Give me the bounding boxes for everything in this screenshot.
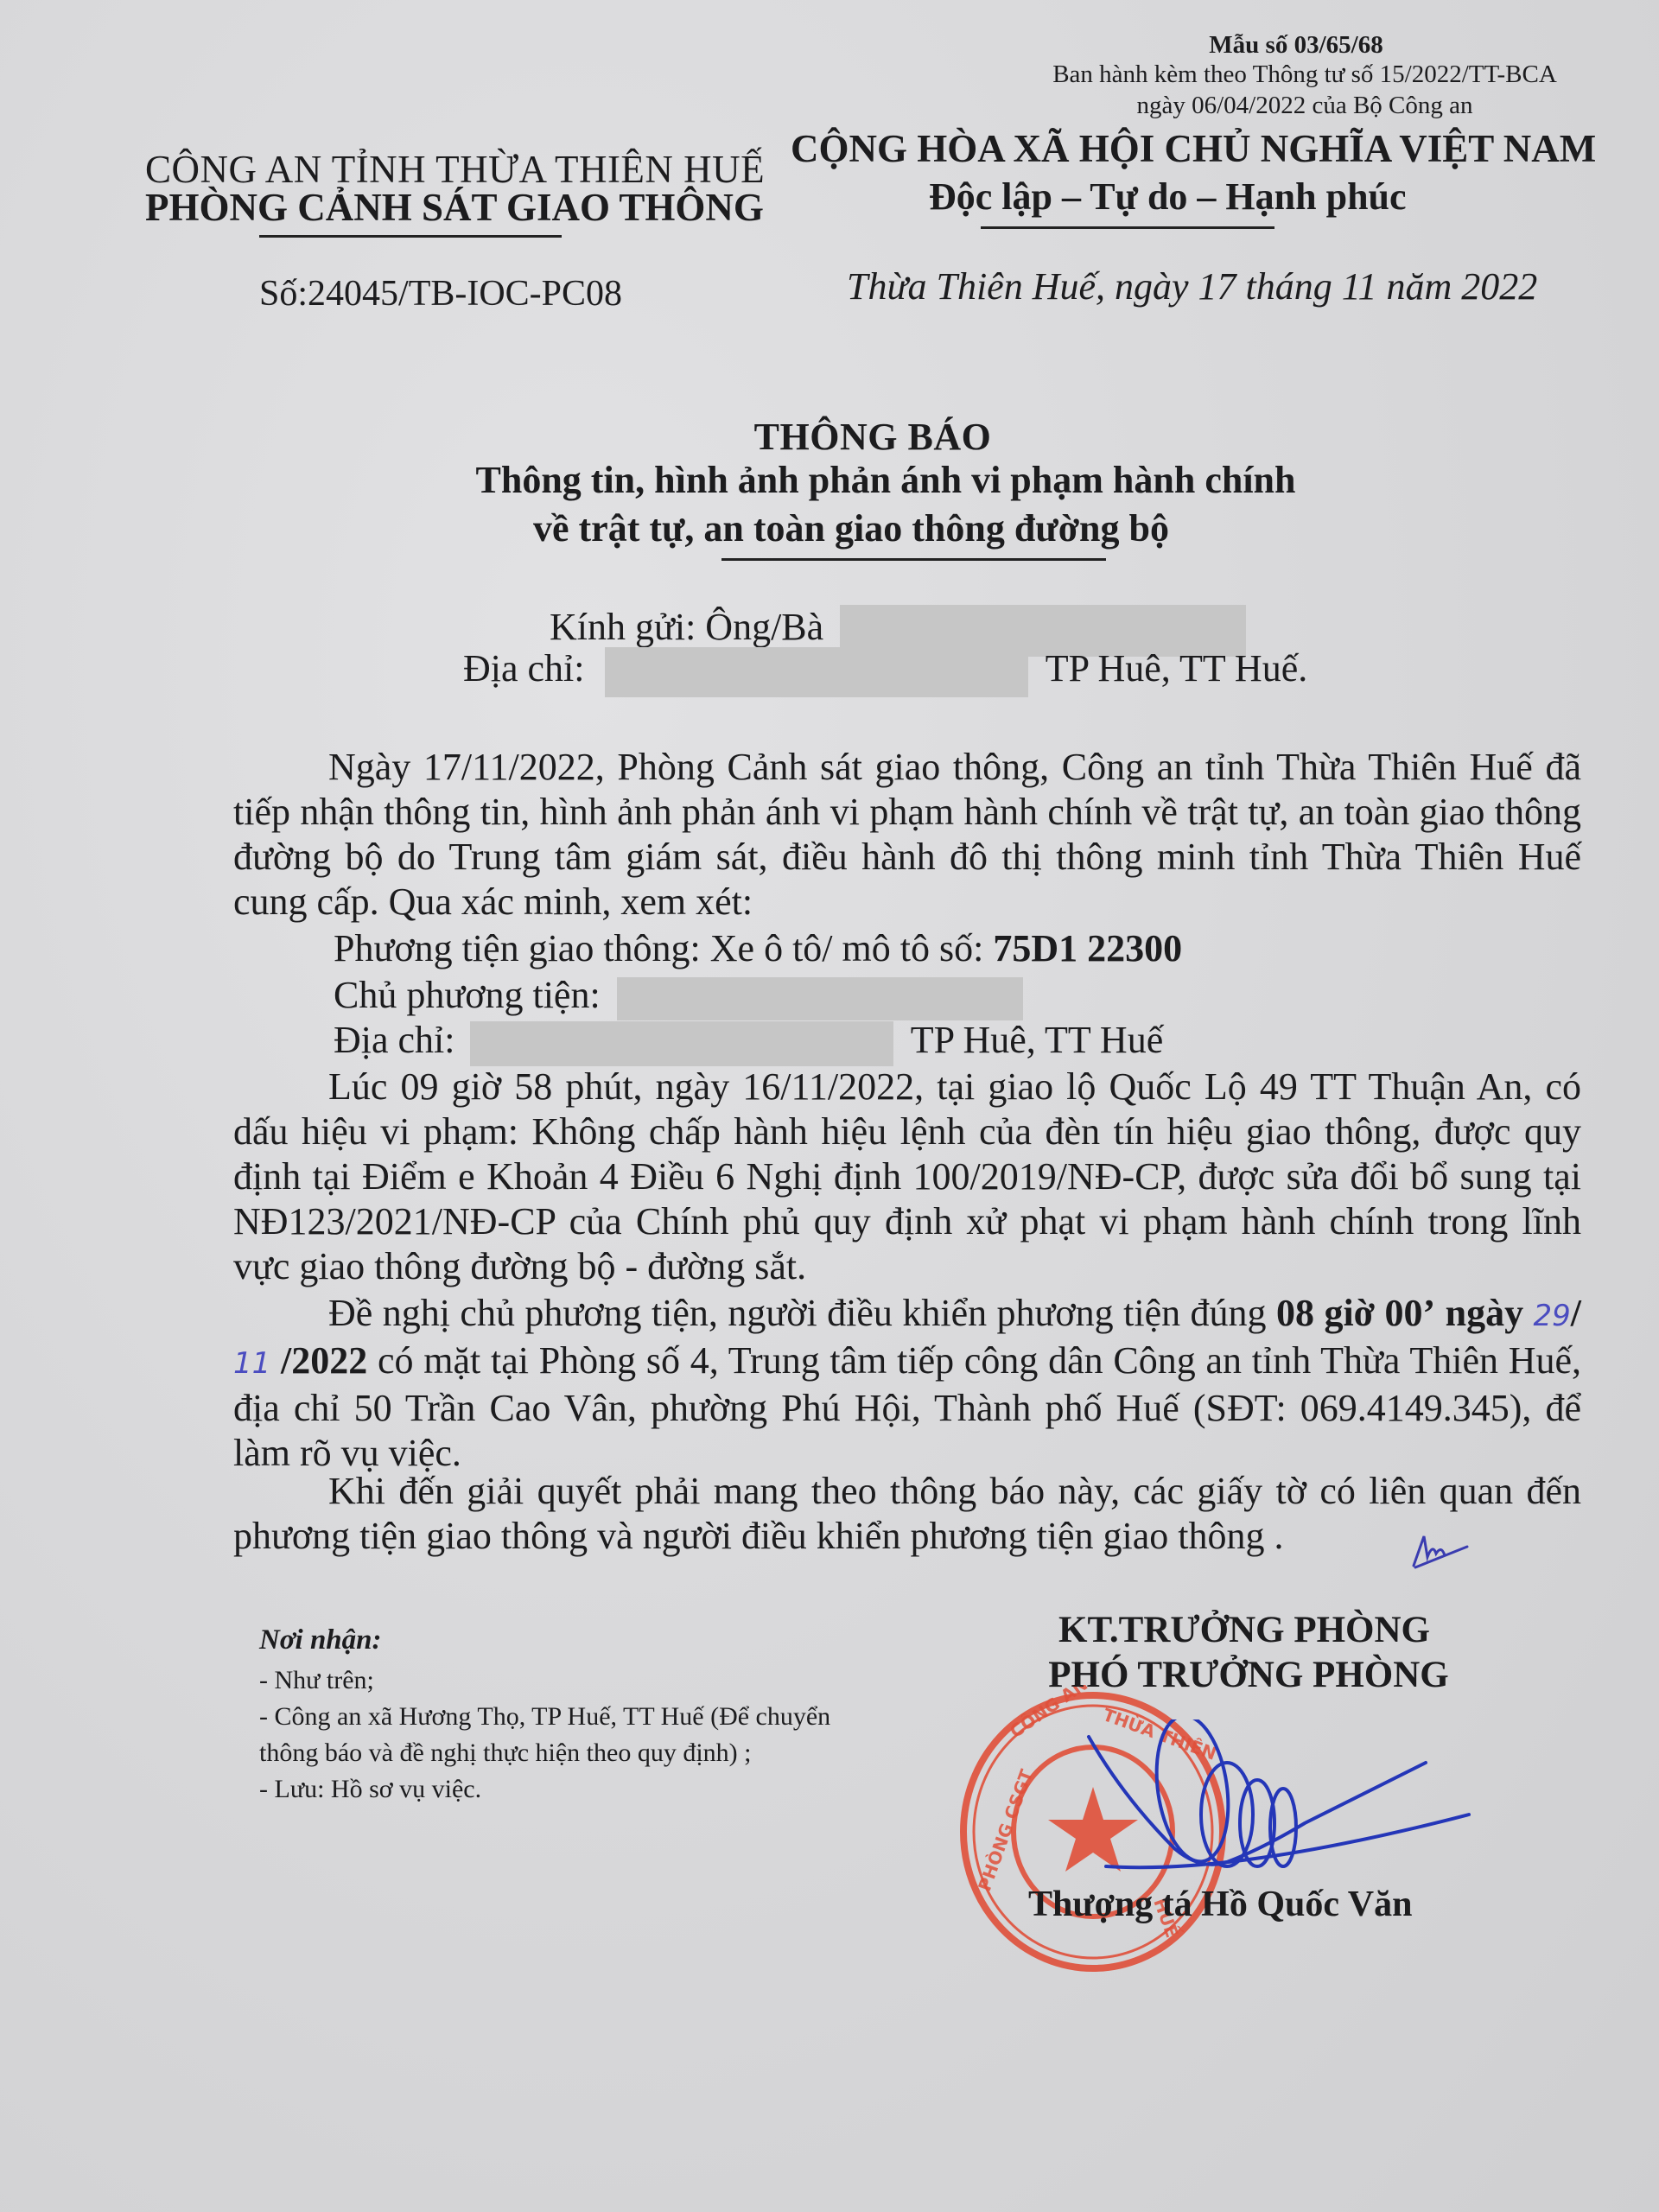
form-reference-line-1: Ban hành kèm theo Thông tư số 15/2022/TT… [950,60,1659,89]
redacted-recipient-address [605,647,1028,697]
body-paragraph-summons: Đề nghị chủ phương tiện, người điều khiể… [233,1291,1581,1476]
distribution-item: - Công an xã Hương Thọ, TP Huế, TT Huế (… [259,1699,881,1771]
summons-time: 08 giờ 00’ [1276,1292,1435,1334]
owner-address-line: Địa chỉ: TP Huê, TT Huế [334,1018,1163,1066]
title-underline [721,558,1106,561]
document-subtitle-line-1: Thông tin, hình ảnh phản ánh vi phạm hàn… [0,458,1659,502]
owner-line: Chủ phương tiện: [334,973,1023,1020]
recipient-address-line: Địa chỉ: TP Huê, TT Huế. [463,646,1307,697]
signature-role-1: KT.TRƯỞNG PHÒNG [950,1609,1521,1651]
document-title: THÔNG BÁO [0,415,1659,459]
distribution-list: - Như trên; - Công an xã Hương Thọ, TP H… [259,1662,881,1808]
form-reference-line-2: ngày 06/04/2022 của Bộ Công an [950,92,1659,120]
handwritten-day: 29 [1534,1299,1571,1333]
handwritten-initials-icon [1407,1528,1476,1571]
document-subtitle-line-2: về trật tự, an toàn giao thông đường bộ [0,506,1659,550]
nation-name: CỘNG HÒA XÃ HỘI CHỦ NGHĨA VIỆT NAM [791,126,1596,171]
document-number: Số:24045/TB-IOC-PC08 [259,273,622,315]
summons-text-post: có mặt tại Phòng số 4, Trung tâm tiếp cô… [233,1339,1581,1474]
body-paragraph-violation: Lúc 09 giờ 58 phút, ngày 16/11/2022, tại… [233,1065,1581,1289]
form-number: Mẫu số 03/65/68 [950,31,1642,60]
summons-text-pre: Đề nghị chủ phương tiện, người điều khiể… [328,1292,1267,1334]
handwritten-signature-icon [1063,1719,1495,1892]
document-page: Mẫu số 03/65/68 Ban hành kèm theo Thông … [0,0,1659,2212]
owner-address-label: Địa chỉ: [334,1019,455,1061]
place-and-date: Thừa Thiên Huế, ngày 17 tháng 11 năm 202… [847,264,1537,308]
recipient-address-label: Địa chỉ: [463,647,585,690]
owner-label: Chủ phương tiện: [334,974,601,1016]
body-paragraph-documents: Khi đến giải quyết phải mang theo thông … [233,1469,1581,1559]
issuer-underline [259,235,562,238]
motto-underline [981,226,1274,229]
redacted-owner-address [470,1021,893,1066]
summons-day-label: ngày [1446,1292,1523,1334]
vehicle-line: Phương tiện giao thông: Xe ô tô/ mô tô s… [334,926,1182,970]
issuer-unit: PHÒNG CẢNH SÁT GIAO THÔNG [145,185,764,230]
distribution-item: - Như trên; [259,1662,881,1699]
distribution-item: - Lưu: Hồ sơ vụ việc. [259,1771,881,1808]
owner-address-suffix: TP Huê, TT Huế [911,1019,1164,1061]
body-paragraph-1: Ngày 17/11/2022, Phòng Cảnh sát giao thô… [233,745,1581,925]
summons-year: /2022 [281,1339,367,1382]
signature-role-2: PHÓ TRƯỞNG PHÒNG [950,1654,1521,1696]
nation-motto: Độc lập – Tự do – Hạnh phúc [929,175,1407,219]
redacted-owner-name [617,977,1023,1020]
distribution-title: Nơi nhận: [259,1624,382,1656]
handwritten-month: 11 [233,1346,270,1381]
recipient-address-suffix: TP Huê, TT Huế. [1046,647,1308,690]
signer-name: Thượng tá Hồ Quốc Văn [1028,1884,1412,1925]
vehicle-plate: 75D1 22300 [993,927,1182,969]
vehicle-label: Phương tiện giao thông: Xe ô tô/ mô tô s… [334,927,983,969]
recipient-label: Kính gửi: Ông/Bà [550,606,823,648]
